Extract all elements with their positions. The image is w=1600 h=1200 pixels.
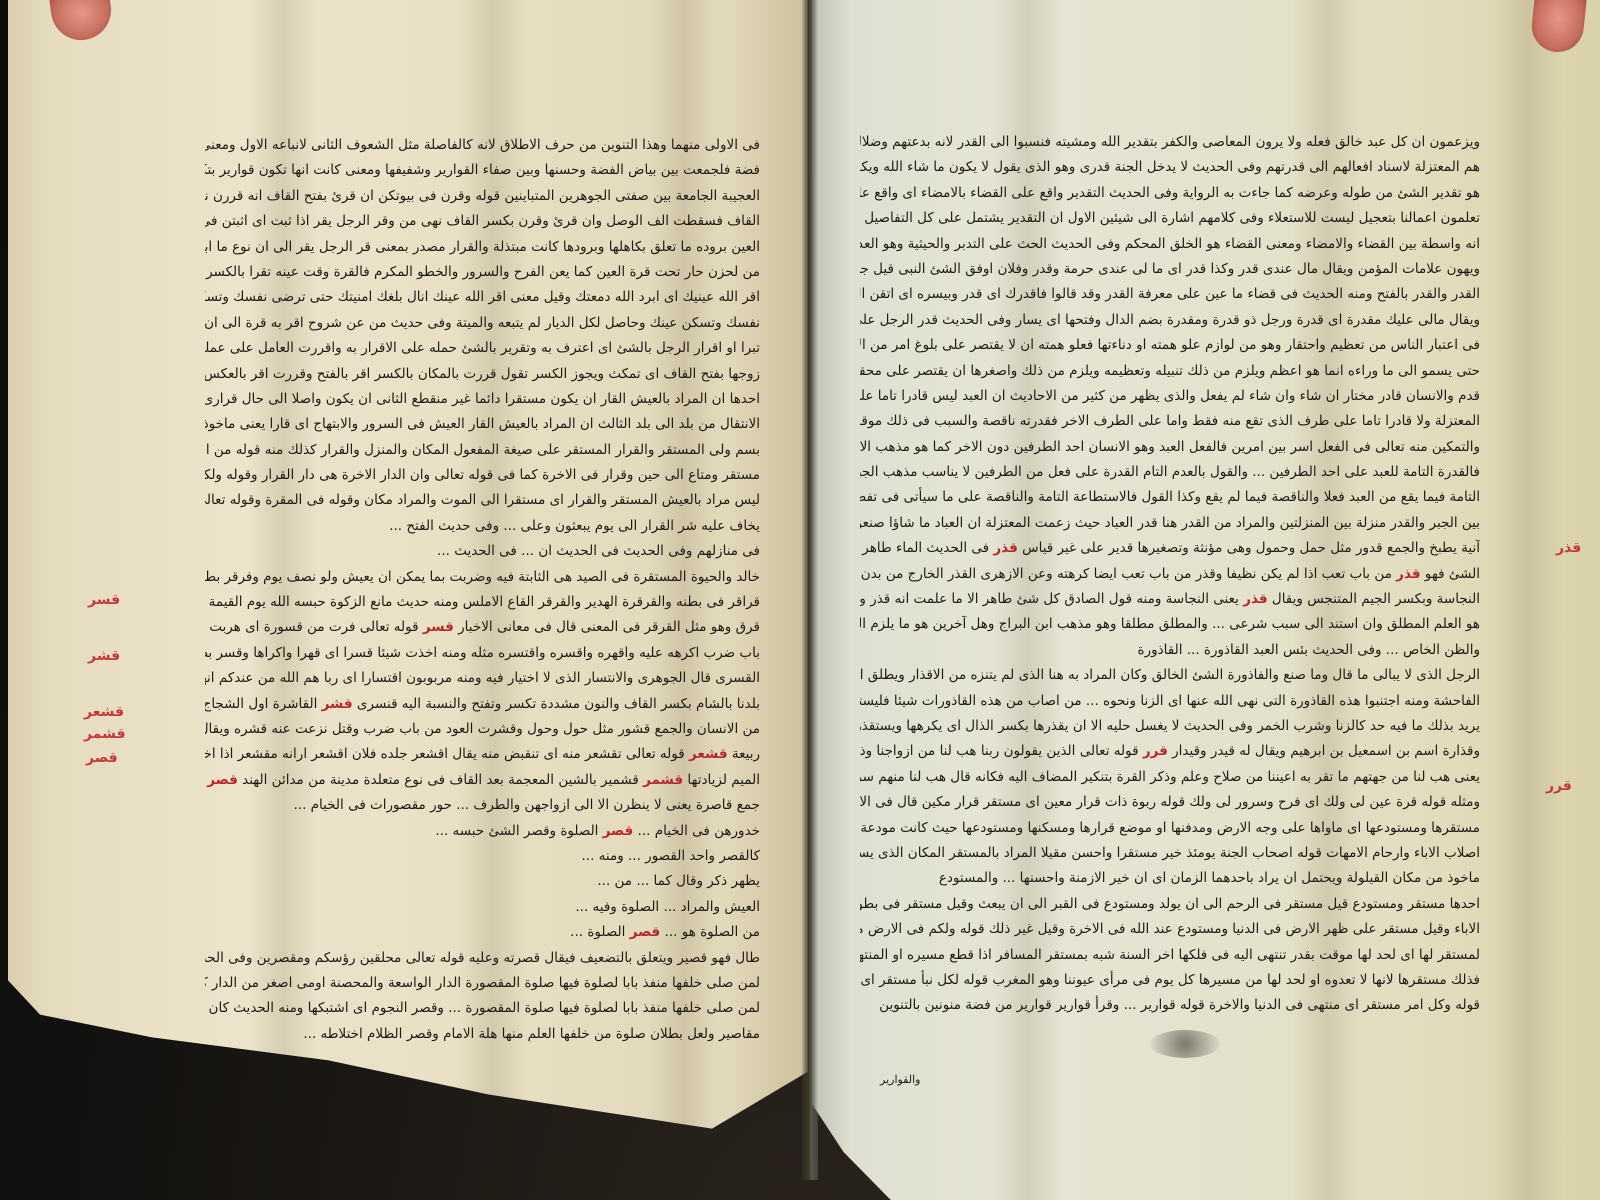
right-page-line: ومثله قوله قرة عين لى ولك اى فرح وسرور ل… [860, 790, 1480, 815]
left-page-line: طال فهو قصير ويتعلق بالتضعيف فيقال قصرته… [205, 946, 760, 971]
right-page-text: ويزعمون ان كل عبد خالق فعله ولا يرون الم… [860, 130, 1480, 1019]
left-page-line: ليس مراد بالعيش المستقر والقرار اى مستقر… [205, 488, 760, 513]
right-page-line: هم المعتزلة لاسناد افعالهم الى قدرتهم وف… [860, 155, 1480, 180]
left-page-line: بلدنا بالشام بكسر القاف والنون مشددة تكس… [205, 692, 760, 717]
left-page-text: فى الاولى منهما وهذا التنوين من حرف الاط… [205, 133, 760, 1047]
left-page-line: العين بروده ما تعلق بكاهلها وبرودها كانت… [205, 235, 760, 260]
rubric-headword: قذر [1243, 591, 1267, 607]
left-page-line: تبرا او اقرار الرجل بالشئ اى اعترف به وت… [205, 336, 760, 361]
left-page-line: ربيعة قشعر قوله تعالى تقشعر منه اى تنقبض… [205, 742, 760, 767]
left-page-line: القسرى قال الجوهرى والانتسار الذى لا اخت… [205, 666, 760, 691]
left-page-line: العجيبة الجامعة بين صفتى الجوهرين المتبا… [205, 184, 760, 209]
right-page-line: هو تقدير الشئ من طوله وعرضه كما جاءت به … [860, 181, 1480, 206]
rubric-headword: قرر [1143, 743, 1168, 759]
rubric-headword: قصر [207, 772, 238, 788]
right-page-line: يريد بذلك ما فيه حد كالزنا وشرب الخمر وف… [860, 714, 1480, 739]
margin-note-qarar: قرر [1546, 778, 1572, 794]
left-page-line: جمع قاصرة يعنى لا ينظرن الا الى ازواجهن … [205, 793, 760, 818]
right-page-line: القدر والقدر بالفتح ومنه الحديث فى قضاء … [860, 282, 1480, 307]
right-page-line: ويزعمون ان كل عبد خالق فعله ولا يرون الم… [860, 130, 1480, 155]
manuscript-spread: فى الاولى منهما وهذا التنوين من حرف الاط… [0, 0, 1600, 1200]
left-page-line: كالقصر واحد القصور ... ومنه ... [205, 844, 760, 869]
left-page-line: يخاف عليه شر القرار الى يوم يبعثون وعلى … [205, 514, 760, 539]
right-page-line: المعتزلة ولا قادرا تاما على طرف الذى تقع… [860, 409, 1480, 434]
left-page-line: قراقر فى بطنه والقرقرة الهدير والقرقر ال… [205, 590, 760, 615]
left-page-line: لمن صلى خلفها منفذ بابا لصلوة فيها صلوة … [205, 971, 760, 996]
left-page-line: خدورهن فى الخيام ... قصر الصلوة وقصر الش… [205, 819, 760, 844]
left-page-line: لمن صلى خلفها منفذ بابا لصلوة فيها صلوة … [205, 996, 760, 1021]
right-page-line: والظن الخاص ... وفى الحديث بئس العبد الق… [860, 638, 1480, 663]
right-page-line: ويقال مالى عليك مقدرة اى قدرة ورجل ذو قد… [860, 308, 1480, 333]
left-page-line: العيش والمراد ... الصلوة وفيه ... [205, 895, 760, 920]
right-page-line: فذلك مستقرها لانها لا تعدوه او لحد لها م… [860, 968, 1480, 993]
margin-note-qashmar: قشمر [84, 726, 126, 742]
right-page-line: تعلمون اعمالنا بتعجيل ليست للاستعلاء وفى… [860, 206, 1480, 231]
rubric-headword: قشمر [643, 772, 683, 788]
left-page-line: نفسك وتسكن عينك وحاصل لكل الديار لم يتبع… [205, 311, 760, 336]
margin-note-qasr: قسر [88, 592, 120, 608]
left-page-line: من لحزن حار تحت قرة العين كما يعن الفرح … [205, 260, 760, 285]
left-page-line: خالد والحيوة المستقرة فى الصيد هى الثابت… [205, 565, 760, 590]
left-page-line: الانتقال من بلد الى بلد الثالث ان المراد… [205, 412, 760, 437]
right-page-line: الاباء وقيل مستقر على ظهر الارض فى الدني… [860, 917, 1480, 942]
right-page-line: يعنى هب لنا من جهتهم ما تقر به اعيننا من… [860, 765, 1480, 790]
right-page-line: النجاسة وبكسر الجيم المتنجس ويقال قذر يع… [860, 587, 1480, 612]
margin-note-qadhar: قذر [1556, 540, 1581, 556]
right-page-line: الفاحشة ومنه اجتنبوا هذه القاذورة التى ن… [860, 689, 1480, 714]
right-page-line: فى اعتبار الناس من تعظيم واحتقار وهو من … [860, 333, 1480, 358]
left-page-line: قرق وهو مثل القرقر فى المعنى قال فى معان… [205, 615, 760, 640]
left-page-line: القاف فسقطت الف الوصل وان قرئ وقرن بكسر … [205, 209, 760, 234]
right-page-line: قوله وكل امر مستقر اى منتهى فى الدنيا وا… [860, 993, 1480, 1018]
right-page-line: قدم والانسان قادر مختار ان شاء وان شاء ل… [860, 384, 1480, 409]
rubric-headword: قسر [423, 619, 454, 635]
left-page-line: مستقر ومتاع الى حين وقرار فى الاخرة كما … [205, 463, 760, 488]
page-wave [1492, 0, 1562, 1200]
right-page-line: الرجل الذى لا يبالى ما قال وما صنع والفا… [860, 663, 1480, 688]
rubric-headword: قذر [1396, 566, 1420, 582]
right-page-line: التامة فيما يقع من العبد فعلا والناقصة ف… [860, 485, 1480, 510]
right-page-line: وقذارة اسم بن اسمعيل بن ابرهيم ويقال له … [860, 739, 1480, 764]
left-page-line: احدها ان المراد بالعيش القار ان يكون مست… [205, 387, 760, 412]
margin-note-qishr: قشر [88, 648, 120, 664]
right-page-line: اصلاب الاباء وارحام الامهات قوله اصحاب ا… [860, 841, 1480, 866]
right-page-line: بين الجبر والقدر منزلة بين المنزلتين وال… [860, 511, 1480, 536]
rubric-headword: قشعر [689, 746, 728, 762]
right-page-line: والتمكين منه تعالى فى الفعل اسر بين امري… [860, 435, 1480, 460]
left-page-line: فى منازلهم وفى الحديث فى الحديث ان ... ف… [205, 539, 760, 564]
book-gutter [802, 0, 818, 1180]
left-page-line: اقر الله عينيك اى ابرد الله دمعتك وقيل م… [205, 285, 760, 310]
left-page-line: فى الاولى منهما وهذا التنوين من حرف الاط… [205, 133, 760, 158]
right-page-line: آنية يطبخ والجمع قدور مثل حمل وحمول وهى … [860, 536, 1480, 561]
rubric-headword: قصر [630, 924, 661, 940]
left-page-line: من الصلوة هو ... قصر الصلوة ... [205, 920, 760, 945]
right-page-line: الشئ فهو قذر من باب تعب اذا لم يكن نظيفا… [860, 562, 1480, 587]
margin-note-qasr-2: قصر [86, 750, 118, 766]
margin-note-qashar: قشعر [84, 704, 124, 720]
catchword: والقوارير [880, 1073, 920, 1086]
left-page-line: باب ضرب اكرهه عليه واقهره واقسره واقتسره… [205, 641, 760, 666]
left-page-line: مقاصير ولعل بطلان صلوة من خلفها العلم من… [205, 1022, 760, 1047]
right-page-line: ماخوذ من مكان القيلولة ويحتمل ان يراد با… [860, 866, 1480, 891]
left-page-line: من الانسان والجمع قشور مثل حول وحول وقشر… [205, 717, 760, 742]
rubric-headword: قذر [993, 540, 1017, 556]
left-page-line: بسم ولى المستقر والقرار المستقر على صيغة… [205, 438, 760, 463]
left-page-line: يظهر ذكر وقال كما ... من ... [205, 869, 760, 894]
rubric-headword: قشر [322, 696, 353, 712]
left-page-line: الميم لزيادتها قشمر قشمير بالشين المعجمة… [205, 768, 760, 793]
right-page-line: هو العلم المطلق وان استند الى سبب شرعى .… [860, 612, 1480, 637]
left-page-line: فضة فلجمعت بين بياض الفضة وحسنها وبين صف… [205, 158, 760, 183]
right-page-line: حتى يسمو الى ما وراءه انما هو اعظم ويلزم… [860, 359, 1480, 384]
left-page-line: زوجها بفتح القاف اى تمكث ويجوز الكسر تقو… [205, 362, 760, 387]
right-page-line: مستقرها ومستودعها اى ماواها على وجه الار… [860, 816, 1480, 841]
rubric-headword: قصر [603, 823, 634, 839]
right-page-line: احدها مستقر ومستودع قيل مستقر فى الرحم ا… [860, 892, 1480, 917]
right-page-line: انه واسطة بين القضاء والامضاء ومعنى القض… [860, 232, 1480, 257]
ink-stain [1150, 1030, 1220, 1058]
right-page-line: فالقدرة التامة للعبد على احد الطرفين ...… [860, 460, 1480, 485]
right-page-line: ويهون علامات المؤمن ويقال مال عندى قدر و… [860, 257, 1480, 282]
right-page-line: لمستقر لها اى لحد لها موقت بقدر تنتهى ال… [860, 943, 1480, 968]
